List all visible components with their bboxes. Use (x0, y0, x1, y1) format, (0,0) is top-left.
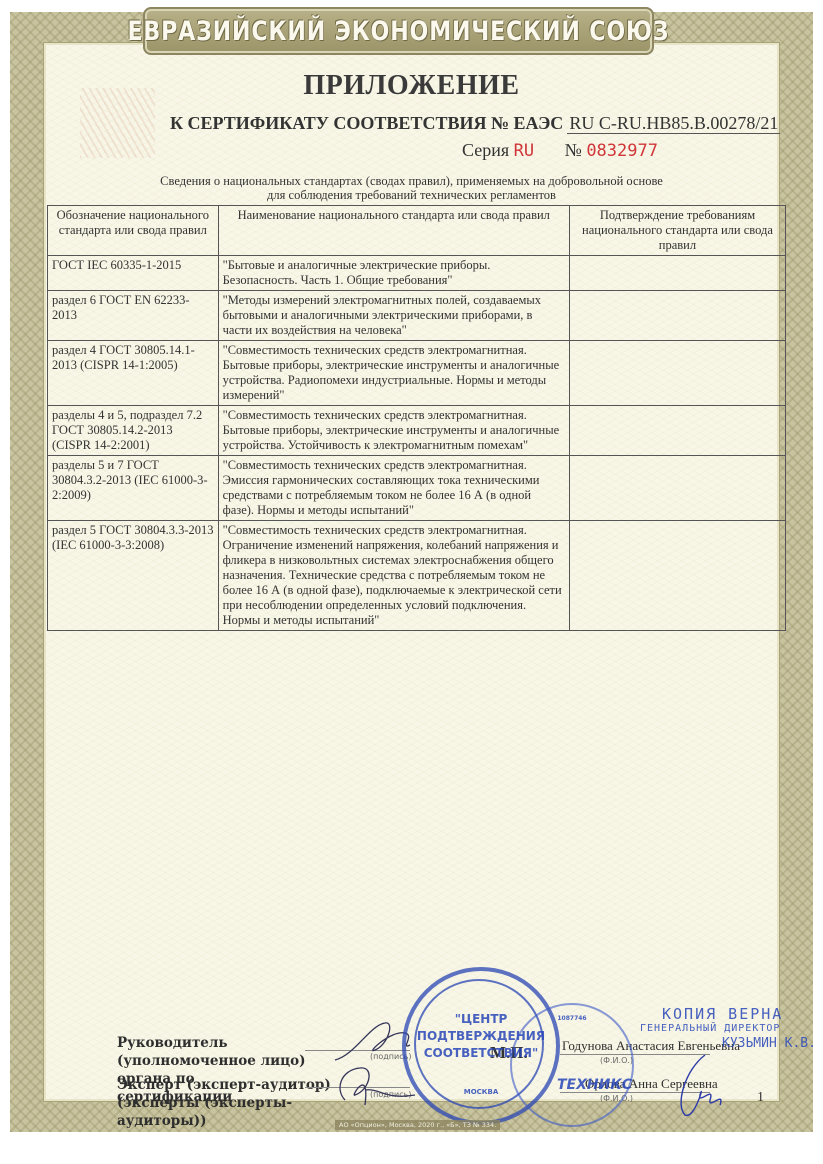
union-banner: ЕВРАЗИЙСКИЙ ЭКОНОМИЧЕСКИЙ СОЮЗ (143, 7, 654, 55)
expert-label: Эксперт (эксперт-аудитор) (эксперты (экс… (117, 1076, 337, 1130)
cell-confirmation (569, 291, 785, 341)
header-designation: Обозначение национального стандарта или … (48, 206, 219, 256)
copy-stamp-title: КОПИЯ ВЕРНА (662, 1005, 783, 1023)
cell-designation: разделы 4 и 5, подраздел 7.2 ГОСТ 30805.… (48, 406, 219, 456)
copy-stamp-name: КУЗЬМИН К.В. (722, 1036, 816, 1051)
printer-imprint: АО «Опцион», Москва, 2020 г., «Б», ТЗ № … (335, 1120, 500, 1130)
intro-line-2: для соблюдения требований технических ре… (40, 188, 783, 202)
cell-name: "Совместимость технических средств элект… (218, 521, 569, 631)
intro-line-1: Сведения о национальных стандартах (свод… (40, 174, 783, 188)
company-stamp-center: ТЕХНИКС (557, 1075, 617, 1095)
series-value: RU (514, 141, 534, 161)
cell-confirmation (569, 341, 785, 406)
company-stamp: 1087746 ТЕХНИКС (510, 1003, 634, 1127)
intro-text: Сведения о национальных стандартах (свод… (40, 174, 783, 202)
table-row: раздел 6 ГОСТ EN 62233-2013 "Методы изме… (48, 291, 786, 341)
union-title: ЕВРАЗИЙСКИЙ ЭКОНОМИЧЕСКИЙ СОЮЗ (128, 16, 670, 47)
cell-designation: ГОСТ IEC 60335-1-2015 (48, 256, 219, 291)
director-signature-icon (670, 1050, 730, 1125)
cell-confirmation (569, 521, 785, 631)
table-row: разделы 4 и 5, подраздел 7.2 ГОСТ 30805.… (48, 406, 786, 456)
cell-designation: раздел 4 ГОСТ 30805.14.1-2013 (CISPR 14-… (48, 341, 219, 406)
cell-confirmation (569, 406, 785, 456)
number-label: № (565, 140, 582, 160)
cell-name: "Методы измерений электромагнитных полей… (218, 291, 569, 341)
header-confirmation: Подтверждение требованиям национального … (569, 206, 785, 256)
series-line: Серия RU № 0832977 (462, 140, 658, 161)
company-stamp-number: 1087746 (532, 1015, 612, 1023)
table-header-row: Обозначение национального стандарта или … (48, 206, 786, 256)
series-label: Серия (462, 140, 509, 160)
standards-table: Обозначение национального стандарта или … (47, 205, 786, 631)
table-row: ГОСТ IEC 60335-1-2015 "Бытовые и аналоги… (48, 256, 786, 291)
cell-name: "Совместимость технических средств элект… (218, 456, 569, 521)
table-row: раздел 5 ГОСТ 30804.3.3-2013 (IEC 61000-… (48, 521, 786, 631)
certificate-number: RU C-RU.НВ85.В.00278/21 (567, 113, 780, 134)
cell-designation: разделы 5 и 7 ГОСТ 30804.3.2-2013 (IEC 6… (48, 456, 219, 521)
cell-designation: раздел 6 ГОСТ EN 62233-2013 (48, 291, 219, 341)
cell-confirmation (569, 256, 785, 291)
cell-name: "Бытовые и аналогичные электрические при… (218, 256, 569, 291)
cell-confirmation (569, 456, 785, 521)
table-row: раздел 4 ГОСТ 30805.14.1-2013 (CISPR 14-… (48, 341, 786, 406)
table-row: разделы 5 и 7 ГОСТ 30804.3.2-2013 (IEC 6… (48, 456, 786, 521)
header-name: Наименование национального стандарта или… (218, 206, 569, 256)
cell-name: "Совместимость технических средств элект… (218, 341, 569, 406)
number-value: 0832977 (586, 141, 658, 161)
page-number: 1 (757, 1090, 764, 1106)
cell-name: "Совместимость технических средств элект… (218, 406, 569, 456)
certificate-line: К СЕРТИФИКАТУ СООТВЕТСТВИЯ № ЕАЭСRU C-RU… (170, 113, 780, 134)
cell-designation: раздел 5 ГОСТ 30804.3.3-2013 (IEC 61000-… (48, 521, 219, 631)
copy-stamp-position: ГЕНЕРАЛЬНЫЙ ДИРЕКТОР (640, 1023, 780, 1034)
page-title: ПРИЛОЖЕНИЕ (0, 70, 823, 102)
certificate-prefix: К СЕРТИФИКАТУ СООТВЕТСТВИЯ № ЕАЭС (170, 113, 563, 133)
